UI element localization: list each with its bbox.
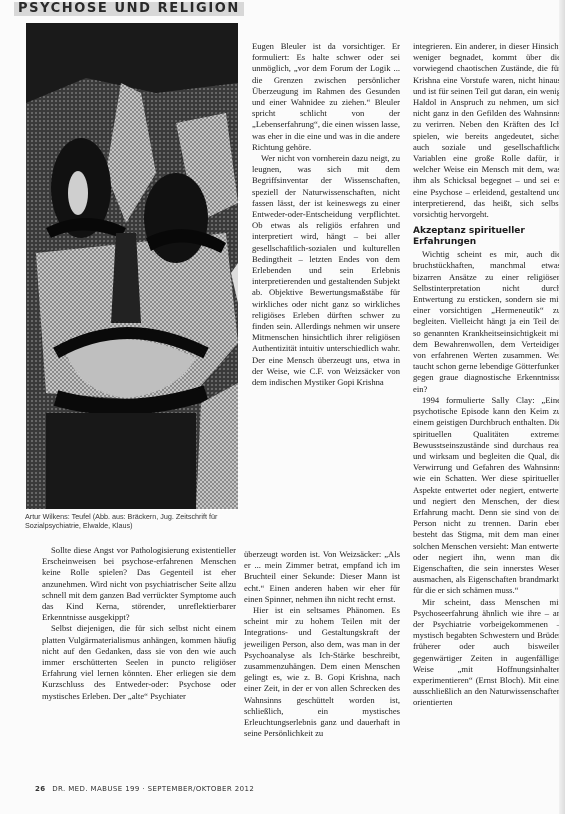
paragraph: 1994 formulierte Sally Clay: „Eine psych…: [413, 395, 561, 597]
paragraph: Sollte diese Angst vor Pathologisierung …: [42, 545, 236, 623]
paragraph: Wichtig scheint es mir, auch die bruchst…: [413, 249, 561, 395]
paragraph: Eugen Bleuler ist da vorsichtiger. Er fo…: [252, 41, 400, 153]
paragraph: Wer nicht von vornherein dazu neigt, zu …: [252, 153, 400, 388]
paragraph: Hier ist ein seltsames Phänomen. Es sche…: [244, 605, 400, 739]
page-footer: 26 DR. MED. MABUSE 199 · SEPTEMBER/OKTOB…: [35, 785, 254, 793]
publication-info: DR. MED. MABUSE 199 · SEPTEMBER/OKTOBER …: [52, 785, 254, 793]
section-header: PSYCHOSE UND RELIGION: [14, 2, 244, 16]
painting-devil-face-icon: [26, 23, 238, 509]
subheading: Akzeptanz spiritueller Erfahrungen: [413, 226, 561, 248]
paragraph: integrieren. Ein anderer, in dieser Hins…: [413, 41, 561, 220]
paragraph: überzeugt worden ist. Von Weizsäcker: „A…: [244, 549, 400, 605]
paragraph: Mir scheint, dass Menschen mit Psychosee…: [413, 597, 561, 709]
column-2-bottom: überzeugt worden ist. Von Weizsäcker: „A…: [244, 549, 400, 739]
column-2-top: Eugen Bleuler ist da vorsichtiger. Er fo…: [252, 41, 400, 388]
column-3: integrieren. Ein anderer, in dieser Hins…: [413, 41, 561, 709]
page-edge-shadow: [559, 0, 565, 814]
paragraph: Selbst diejenigen, die für sich selbst n…: [42, 623, 236, 701]
page-number: 26: [35, 785, 46, 793]
column-1: Sollte diese Angst vor Pathologisierung …: [42, 545, 236, 702]
artwork-figure: [26, 23, 238, 509]
figure-caption: Artur Wilkens: Teufel (Abb. aus: Bräcker…: [25, 512, 240, 530]
